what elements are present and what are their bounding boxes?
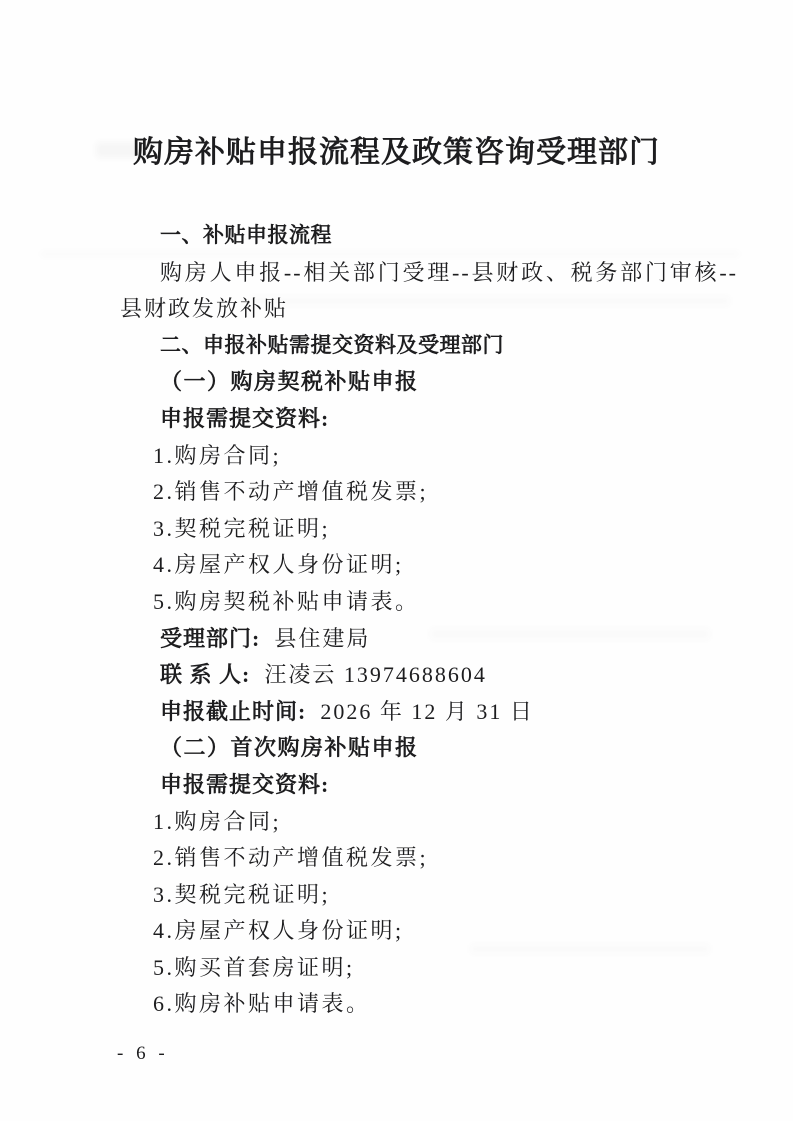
list-item: 2.销售不动产增值税发票;: [120, 474, 738, 511]
subsection-1-heading: （一）购房契税补贴申报: [120, 364, 738, 401]
section-1-paragraph: 购房人申报--相关部门受理--县财政、税务部门审核--县财政发放补贴: [120, 255, 738, 328]
accepting-department-label: 受理部门:: [160, 626, 260, 651]
document-body: 一、补贴申报流程 购房人申报--相关部门受理--县财政、税务部门审核--县财政发…: [120, 218, 738, 1023]
list-item: 2.销售不动产增值税发票;: [120, 840, 738, 877]
list-item: 3.契税完税证明;: [120, 511, 738, 548]
subsection-2-heading: （二）首次购房补贴申报: [120, 730, 738, 767]
list-item: 1.购房合同;: [120, 804, 738, 841]
contact-person-value: 汪凌云 13974688604: [264, 662, 487, 687]
contact-person-label: 联 系 人:: [160, 662, 250, 687]
list-item: 1.购房合同;: [120, 438, 738, 475]
document-page: 购房补贴申报流程及政策咨询受理部门 一、补贴申报流程 购房人申报--相关部门受理…: [0, 0, 793, 1121]
contact-person-row: 联 系 人:汪凌云 13974688604: [120, 657, 738, 694]
list-item: 5.购房契税补贴申请表。: [120, 584, 738, 621]
accepting-department-row: 受理部门:县住建局: [120, 621, 738, 658]
materials-label-sub1: 申报需提交资料:: [120, 401, 738, 438]
list-item: 6.购房补贴申请表。: [120, 986, 738, 1023]
deadline-label: 申报截止时间:: [160, 699, 306, 724]
section-1-heading: 一、补贴申报流程: [120, 218, 738, 255]
list-item: 4.房屋产权人身份证明;: [120, 913, 738, 950]
accepting-department-value: 县住建局: [274, 626, 370, 651]
list-item: 5.购买首套房证明;: [120, 950, 738, 987]
section-2-heading: 二、申报补贴需提交资料及受理部门: [120, 328, 738, 365]
deadline-value: 2026 年 12 月 31 日: [320, 699, 534, 724]
list-item: 3.契税完税证明;: [120, 877, 738, 914]
deadline-row: 申报截止时间:2026 年 12 月 31 日: [120, 694, 738, 731]
document-title: 购房补贴申报流程及政策咨询受理部门: [20, 134, 773, 172]
list-item: 4.房屋产权人身份证明;: [120, 547, 738, 584]
materials-label-sub2: 申报需提交资料:: [120, 767, 738, 804]
page-number: - 6 -: [117, 1040, 169, 1068]
